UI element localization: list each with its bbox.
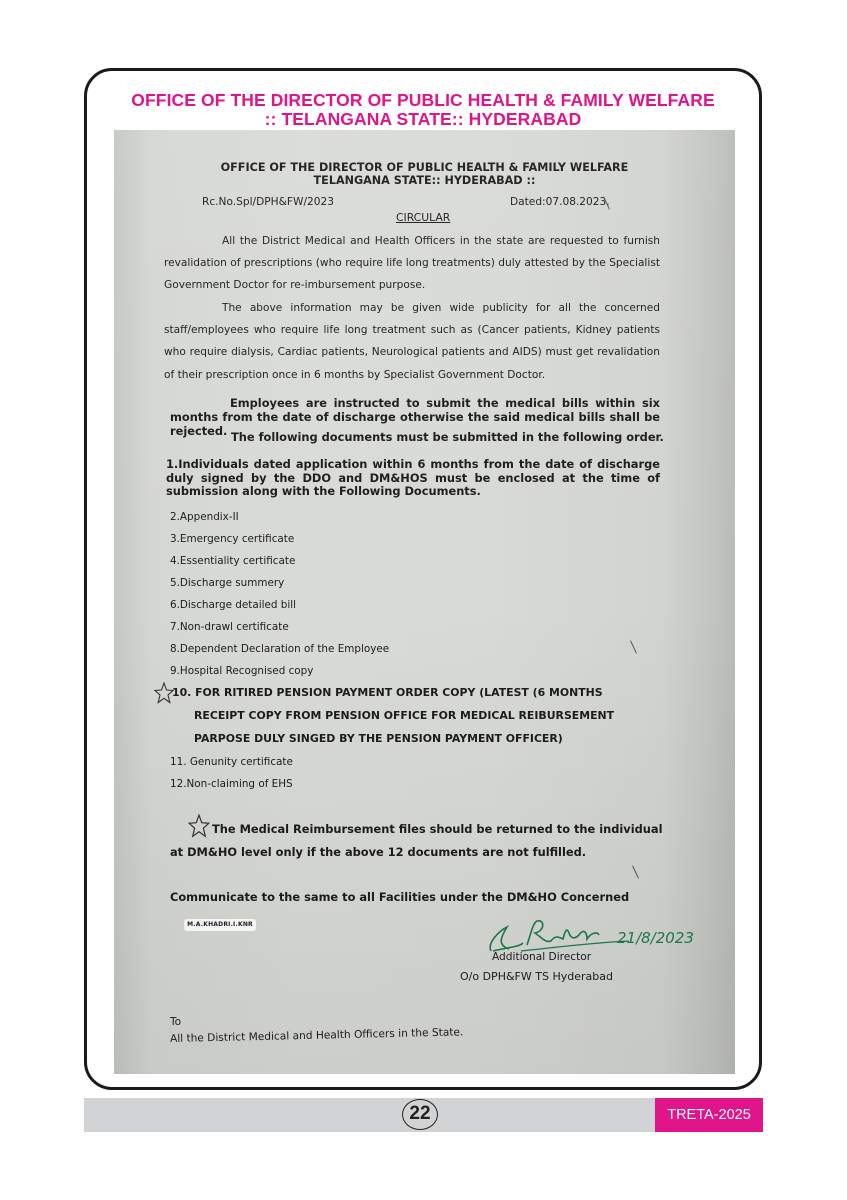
footer-tag: TRETA-2025 <box>655 1098 763 1132</box>
list-item-9: 9.Hospital Recognised copy <box>170 665 313 677</box>
to-recipients: All the District Medical and Health Offi… <box>170 1026 464 1045</box>
circular-title: CIRCULAR <box>396 211 450 224</box>
note-line-1: The Medical Reimbursement files should b… <box>212 822 662 836</box>
list-item-10-line-1: 10. FOR RITIRED PENSION PAYMENT ORDER CO… <box>172 686 603 699</box>
circular-date: Dated:07.08.2023. <box>510 196 610 208</box>
list-item-2: 2.Appendix-II <box>170 511 239 523</box>
officer-stamp: M.A.KHADRI.I.KNR <box>184 919 256 931</box>
star-icon <box>188 814 210 838</box>
list-item-6: 6.Discharge detailed bill <box>170 599 296 611</box>
doc-header-line-1: OFFICE OF THE DIRECTOR OF PUBLIC HEALTH … <box>114 161 735 174</box>
pen-mark <box>630 640 637 653</box>
signatory-office: O/o DPH&FW TS Hyderabad <box>460 970 613 983</box>
reference-number: Rc.No.Spl/DPH&FW/2023 <box>202 196 334 208</box>
signatory-title: Additional Director <box>492 951 591 963</box>
list-item-1: 1.Individuals dated application within 6… <box>166 458 660 499</box>
circular-document: OFFICE OF THE DIRECTOR OF PUBLIC HEALTH … <box>114 130 735 1074</box>
list-item-10-line-3: PARPOSE DULY SINGED BY THE PENSION PAYME… <box>194 732 563 745</box>
signature-date: 21/8/2023 <box>617 929 694 947</box>
list-item-5: 5.Discharge summery <box>170 577 284 589</box>
list-item-4: 4.Essentiality certificate <box>170 555 295 567</box>
note-line-2: at DM&HO level only if the above 12 docu… <box>170 845 586 859</box>
paragraph-1-text: All the District Medical and Health Offi… <box>164 235 660 291</box>
list-item-7: 7.Non-drawl certificate <box>170 621 289 633</box>
star-icon <box>154 682 174 704</box>
list-item-11: 11. Genunity certificate <box>170 756 293 768</box>
paragraph-2-text: The above information may be given wide … <box>164 302 660 381</box>
banner-line-2: :: TELANGANA STATE:: HYDERABAD <box>87 110 759 129</box>
list-item-8: 8.Dependent Declaration of the Employee <box>170 643 389 655</box>
circular-photo: OFFICE OF THE DIRECTOR OF PUBLIC HEALTH … <box>114 130 735 1074</box>
bold-paragraph-2: The following documents must be submitte… <box>231 430 664 444</box>
list-item-12: 12.Non-claiming of EHS <box>170 778 293 790</box>
page-banner: OFFICE OF THE DIRECTOR OF PUBLIC HEALTH … <box>87 91 759 129</box>
to-label: To <box>170 1016 181 1028</box>
pen-mark <box>632 865 639 878</box>
page-number: 22 <box>402 1099 438 1130</box>
footer-bar <box>84 1098 655 1132</box>
list-item-10-line-2: RECEIPT COPY FROM PENSION OFFICE FOR MED… <box>194 709 614 722</box>
paragraph-1: All the District Medical and Health Offi… <box>164 230 660 297</box>
paragraph-2: The above information may be given wide … <box>164 297 660 386</box>
banner-line-1: OFFICE OF THE DIRECTOR OF PUBLIC HEALTH … <box>87 91 759 110</box>
communicate-instruction: Communicate to the same to all Facilitie… <box>170 890 629 904</box>
list-item-3: 3.Emergency certificate <box>170 533 294 545</box>
doc-header-line-2: TELANGANA STATE:: HYDERABAD :: <box>114 174 735 187</box>
